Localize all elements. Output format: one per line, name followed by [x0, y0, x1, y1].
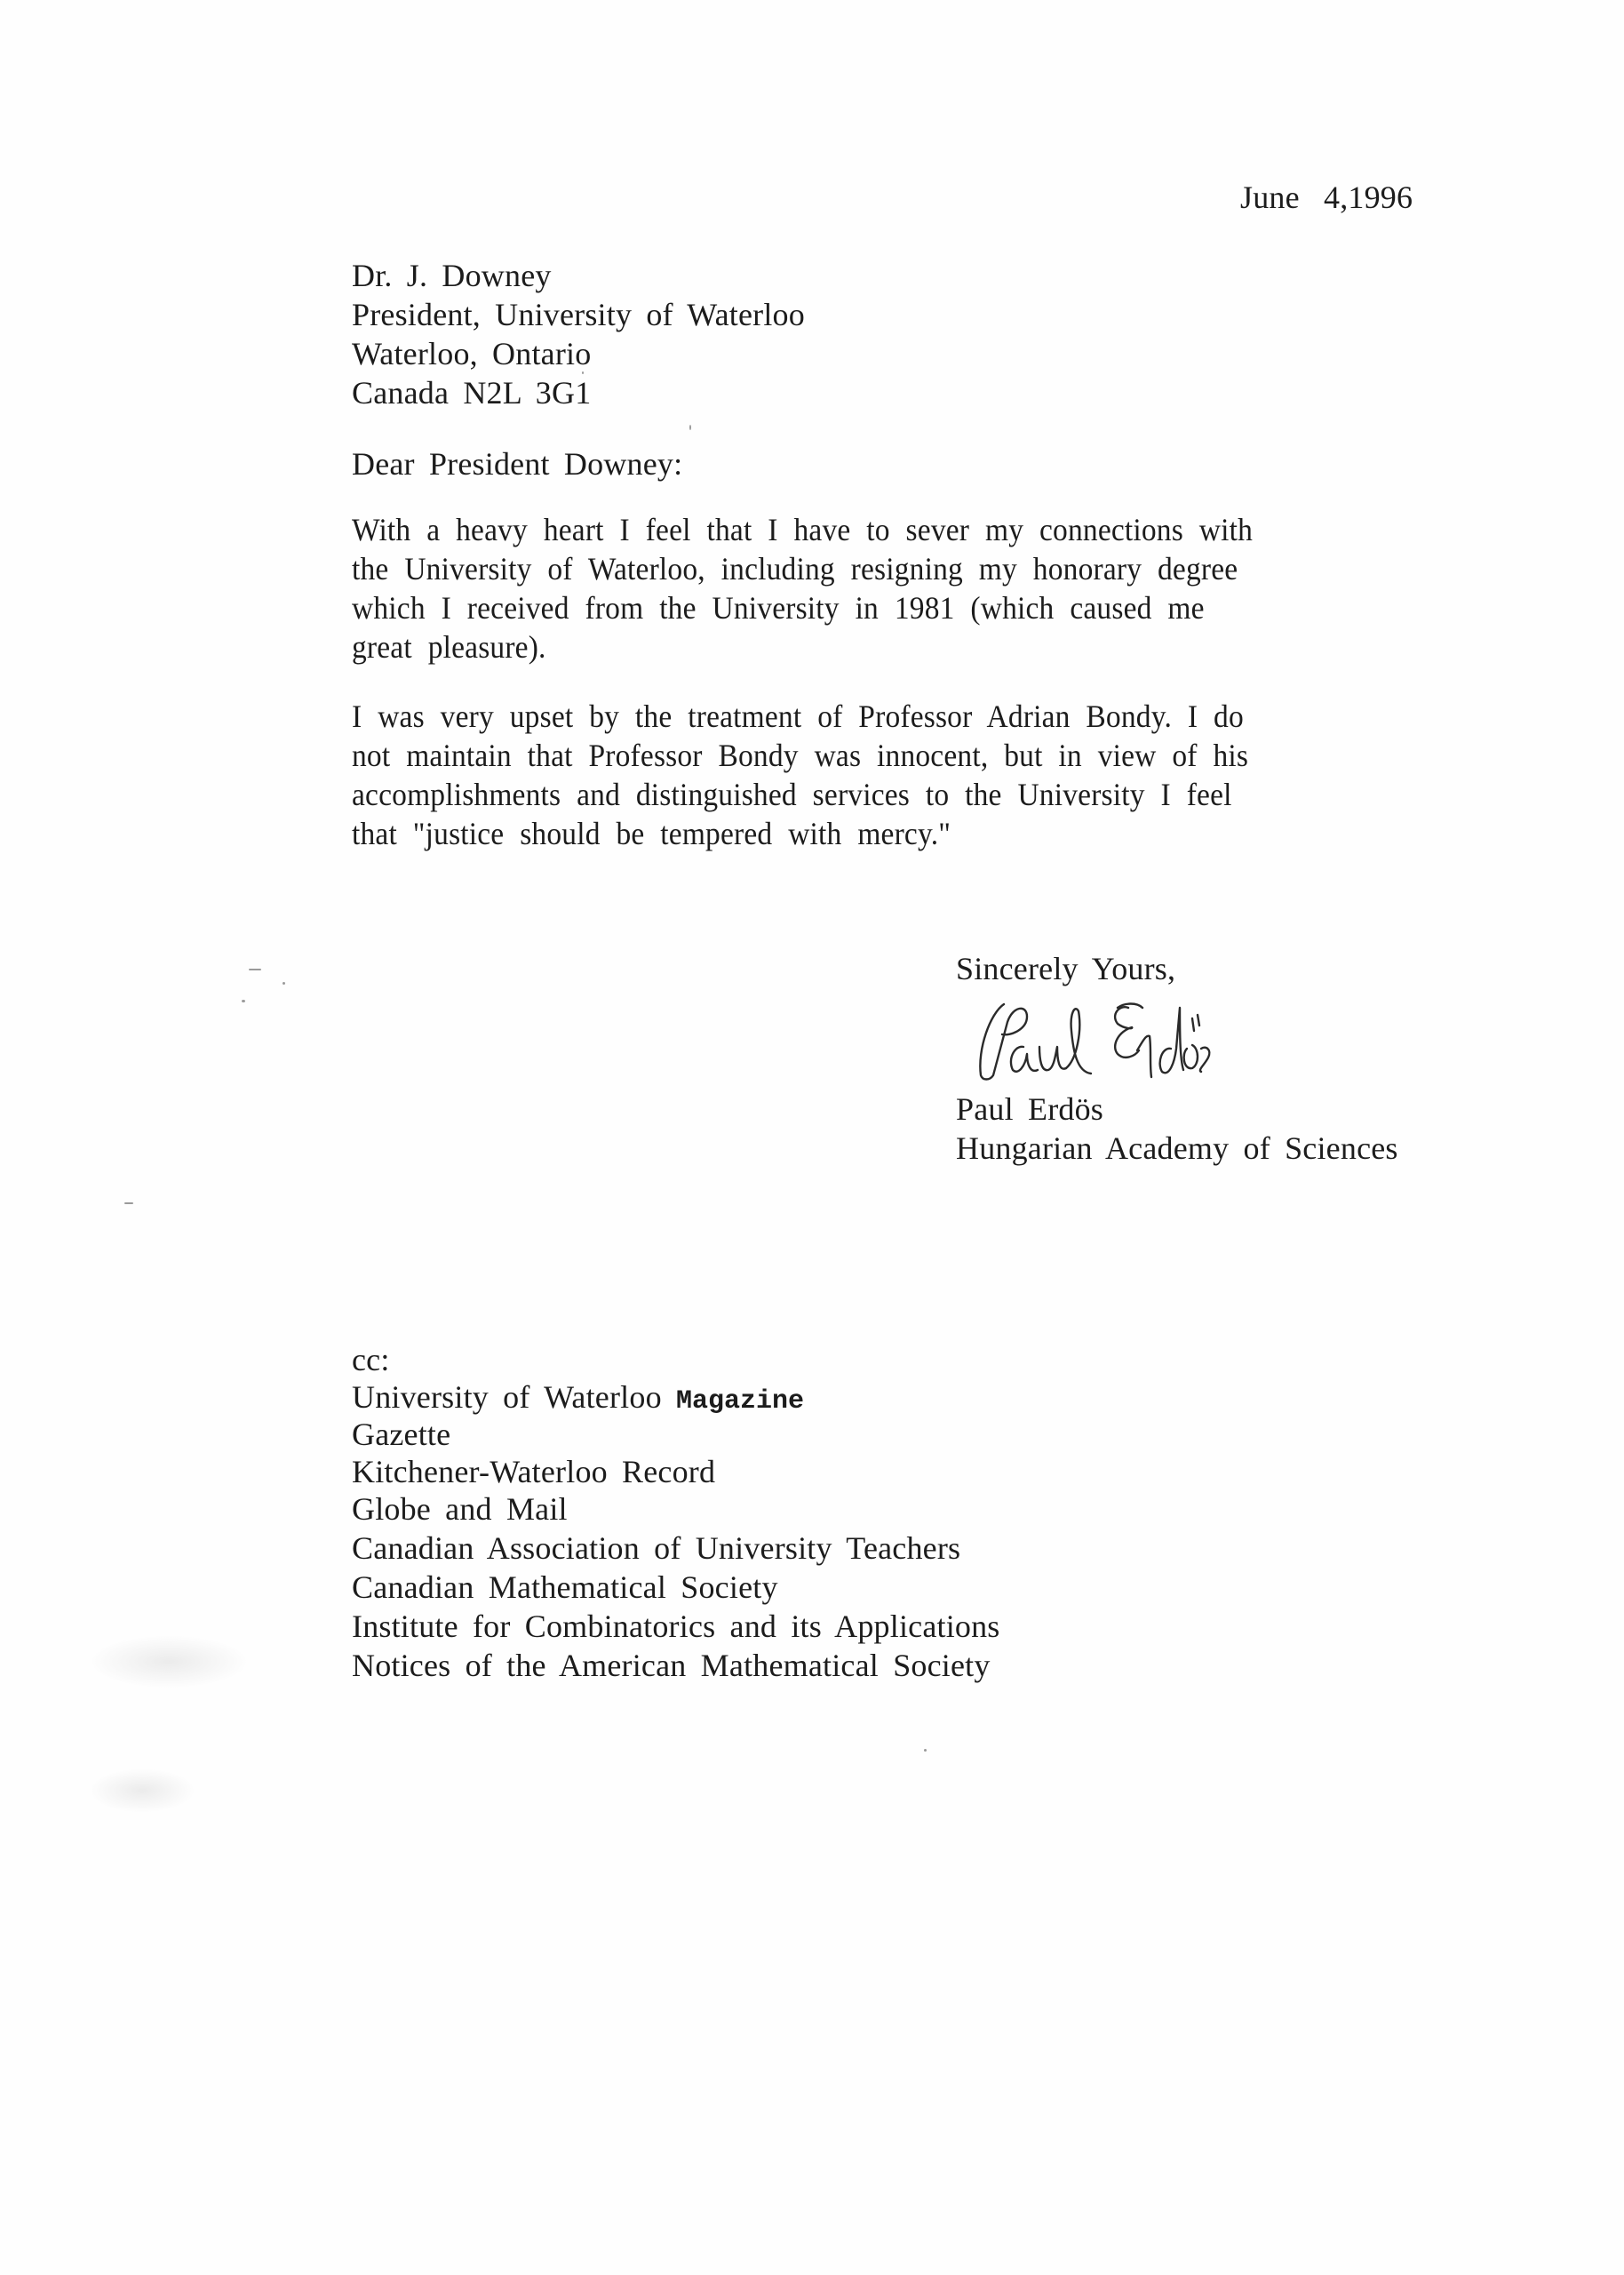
- paragraph-line: accomplishments and distinguished servic…: [352, 775, 1232, 814]
- cc-entry: Canadian Mathematical Society: [352, 1568, 778, 1607]
- cc-entry-typed-addition: Magazine: [676, 1386, 804, 1417]
- signer-name: Paul Erdös: [956, 1090, 1103, 1129]
- cc-label: cc:: [352, 1340, 390, 1379]
- scan-speck: [283, 982, 285, 985]
- scan-speck: [242, 1000, 245, 1002]
- scan-speck: [689, 425, 691, 430]
- closing: Sincerely Yours,: [956, 949, 1175, 988]
- signer-affiliation: Hungarian Academy of Sciences: [956, 1129, 1398, 1168]
- paragraph-line: the University of Waterloo, including re…: [352, 549, 1238, 588]
- cc-entry: Canadian Association of University Teach…: [352, 1529, 960, 1568]
- cc-entry: Kitchener-Waterloo Record: [352, 1452, 715, 1491]
- paragraph-line: With a heavy heart I feel that I have to…: [352, 510, 1253, 549]
- letter-date: June 4,1996: [1240, 178, 1413, 217]
- salutation: Dear President Downey:: [352, 444, 682, 483]
- paragraph-line: I was very upset by the treatment of Pro…: [352, 697, 1244, 736]
- recipient-line: Waterloo, Ontario: [352, 334, 591, 373]
- scan-speck: [249, 969, 261, 970]
- cc-entry: Institute for Combinatorics and its Appl…: [352, 1607, 1000, 1646]
- cc-entry: Notices of the American Mathematical Soc…: [352, 1646, 991, 1685]
- recipient-line: Canada N2L 3G1: [352, 373, 591, 412]
- paragraph-line: not maintain that Professor Bondy was in…: [352, 736, 1248, 775]
- paragraph-line: that "justice should be tempered with me…: [352, 814, 951, 853]
- handwritten-signature: [968, 995, 1253, 1084]
- recipient-line: Dr. J. Downey: [352, 256, 552, 295]
- scan-smudge: [89, 1635, 249, 1688]
- scan-speck: [924, 1749, 927, 1752]
- scan-smudge: [89, 1768, 195, 1813]
- letter-page: June 4,1996 Dr. J. Downey President, Uni…: [0, 0, 1624, 2275]
- cc-entry: Globe and Mail: [352, 1489, 568, 1529]
- cc-entry-main: University of Waterloo: [352, 1379, 662, 1415]
- scan-speck: [124, 1202, 133, 1204]
- recipient-line: President, University of Waterloo: [352, 295, 805, 334]
- paragraph-line: great pleasure).: [352, 627, 546, 667]
- cc-entry: Gazette: [352, 1415, 450, 1454]
- paragraph-line: which I received from the University in …: [352, 588, 1205, 627]
